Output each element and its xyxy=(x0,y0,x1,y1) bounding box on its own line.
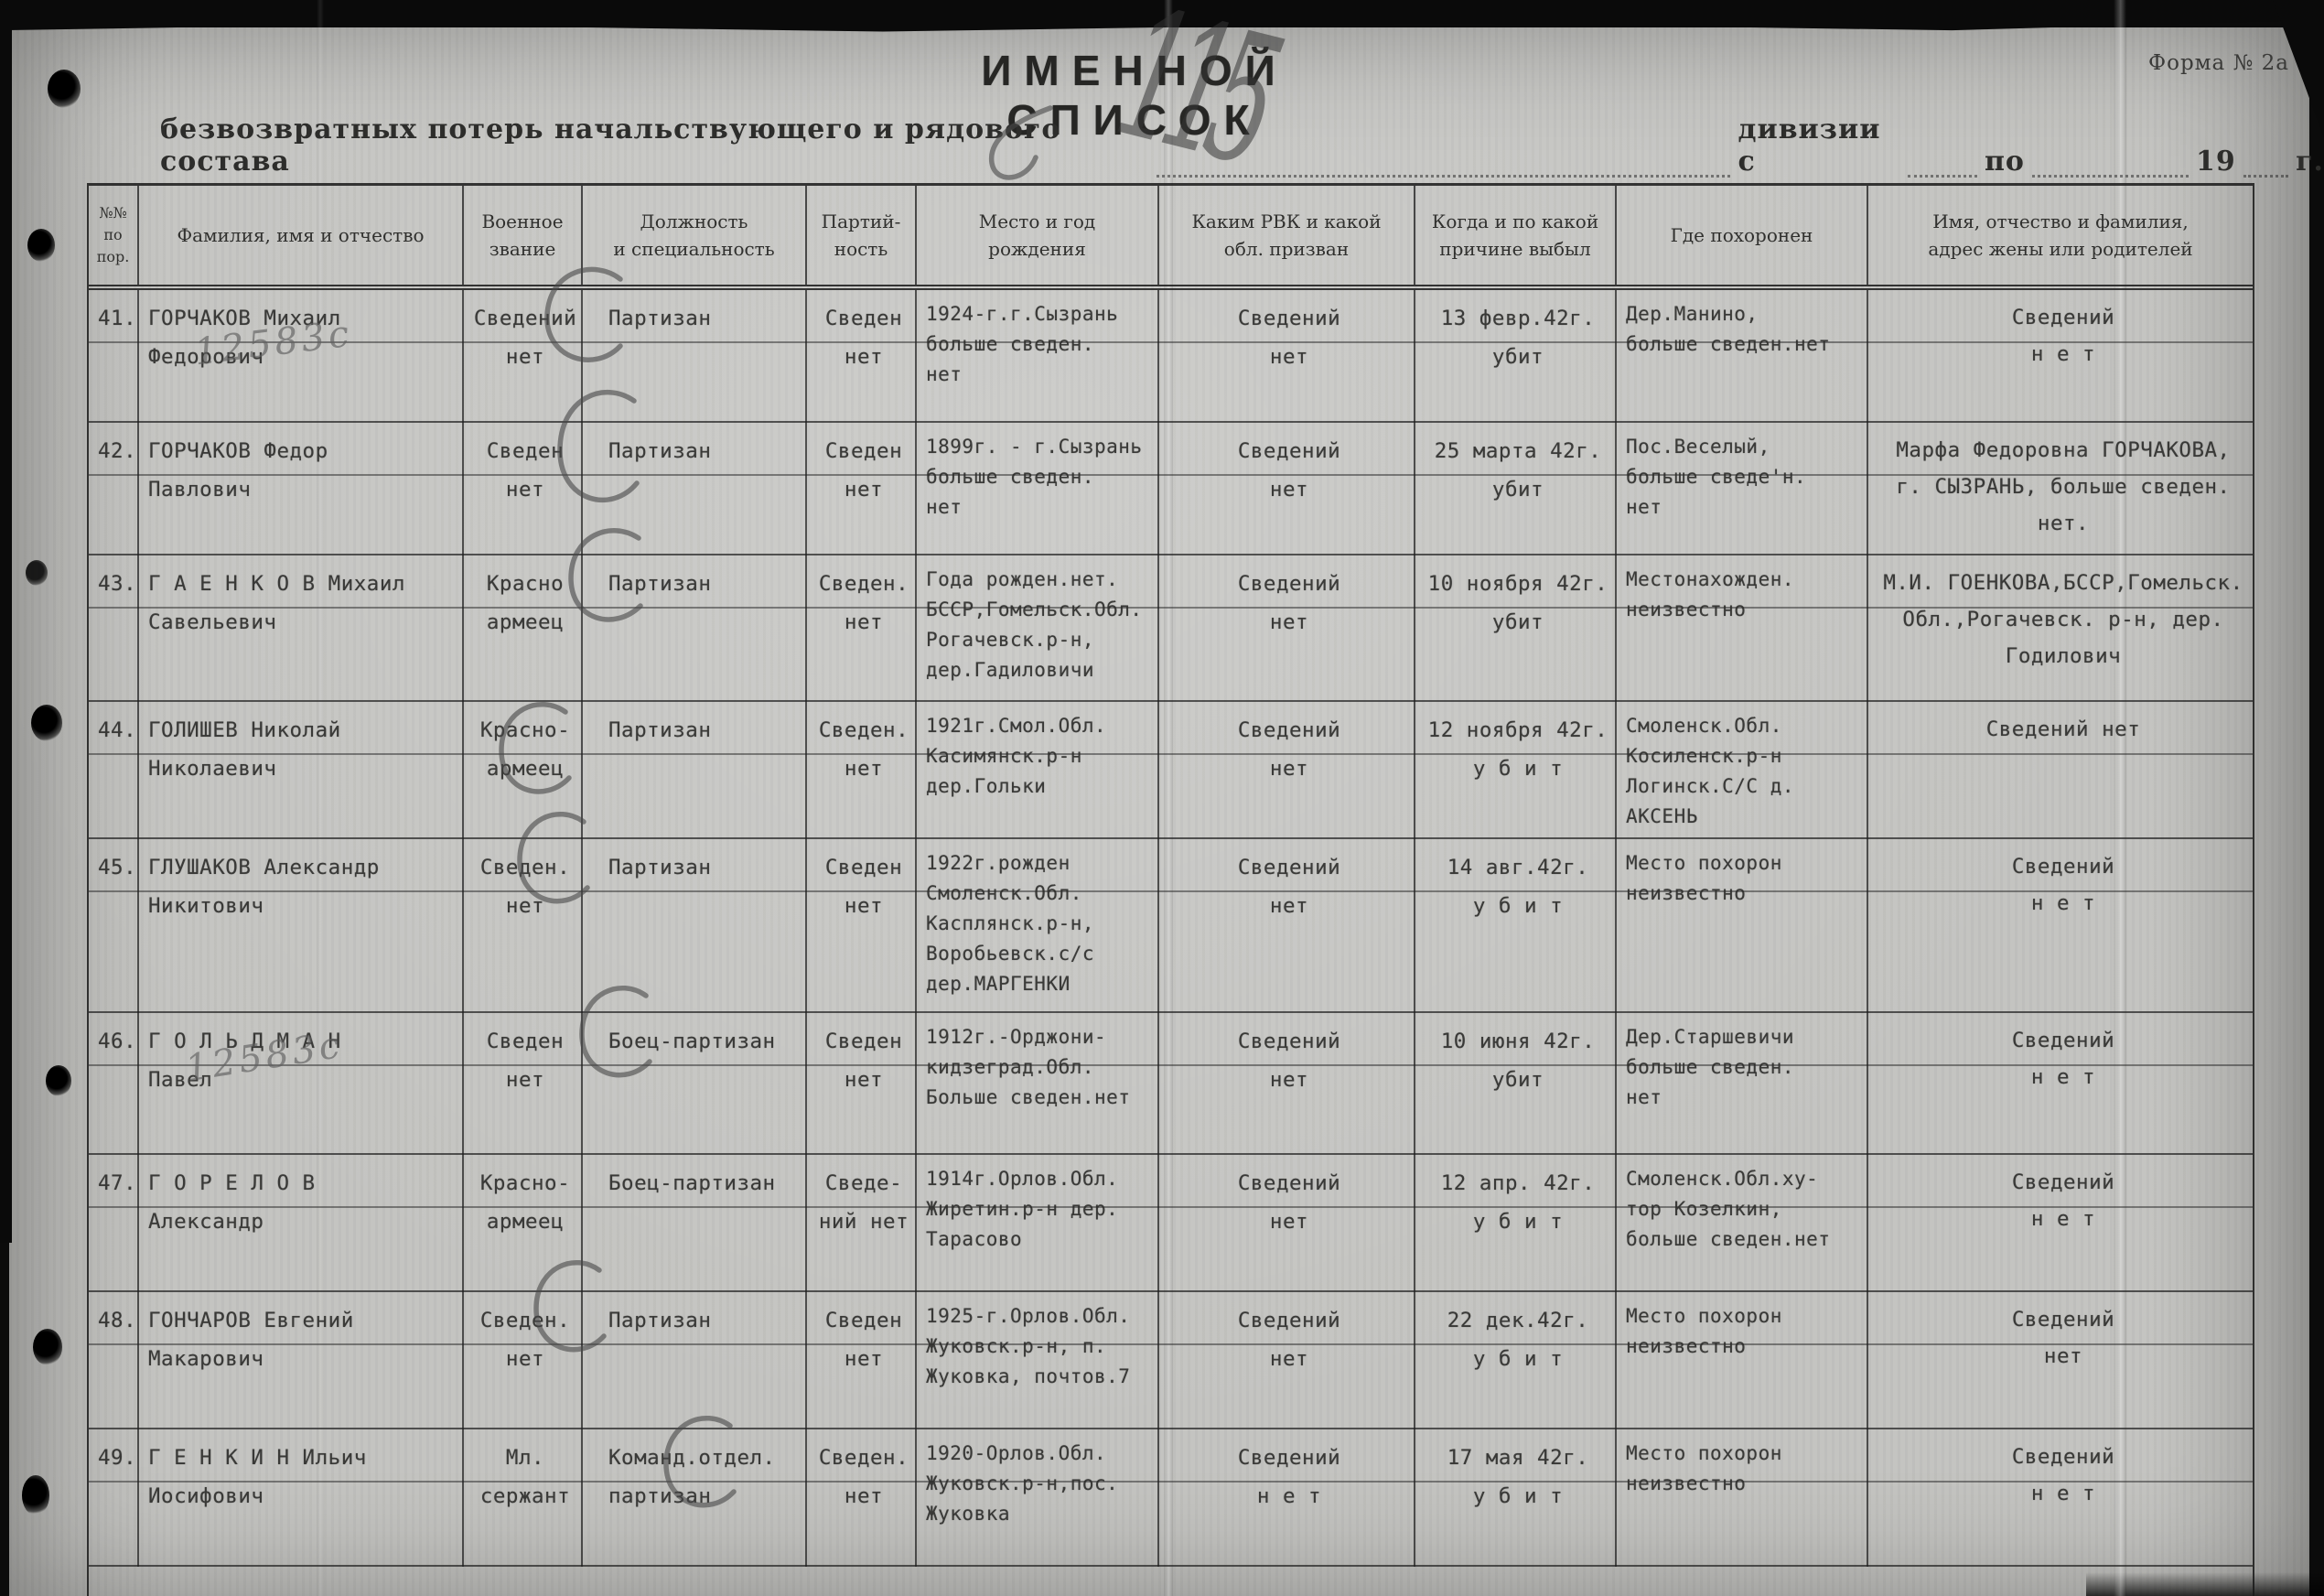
col-header-birth: Место и год рождения xyxy=(917,186,1159,285)
cell-rank: Красно-армеец xyxy=(464,1155,583,1292)
subtitle-po: по xyxy=(1985,146,2025,178)
cell-family: Сведений нет xyxy=(1868,702,2253,839)
table-row: 42. ГОРЧАКОВ ФедорПавлович Сведеннет Пар… xyxy=(89,423,2253,555)
cell-number: 47. xyxy=(89,1155,139,1292)
punch-hole xyxy=(46,1065,71,1096)
table-row: 41. ГОРЧАКОВ МихаилФедорович Сведенийнет… xyxy=(89,290,2253,423)
cell-family: Сведенийн е т xyxy=(1868,1429,2253,1567)
table-row: 43. Г А Е Н К О В МихаилСавельевич Красн… xyxy=(89,555,2253,702)
cell-party: Сведен.нет xyxy=(807,555,917,702)
cell-party: Сведеннет xyxy=(807,1292,917,1429)
cell-buried: Местонахожден.неизвестно xyxy=(1617,555,1868,702)
cell-buried: Смоленск.Обл.ху-тор Козелкин,больше свед… xyxy=(1617,1155,1868,1292)
cell-buried: Дер.Манино,больше сведен.нет xyxy=(1617,290,1868,423)
fill-line xyxy=(2032,169,2189,178)
table-row: 49. Г Е Н К И Н ИльичИосифович Мл.сержан… xyxy=(89,1429,2253,1567)
cell-party: Сведен.нет xyxy=(807,702,917,839)
cell-rvk: Сведенийнет xyxy=(1159,555,1415,702)
cell-position: Партизан xyxy=(583,423,807,555)
table-header: №№ по пор. Фамилия, имя и отчество Военн… xyxy=(89,186,2253,290)
punch-hole xyxy=(48,70,81,108)
cell-buried: Место похороннеизвестно xyxy=(1617,1429,1868,1567)
cell-name: ГОНЧАРОВ ЕвгенийМакарович xyxy=(139,1292,464,1429)
cell-birth: 1925-г.Орлов.Обл.Жуковск.р-н, п.Жуковка,… xyxy=(917,1292,1159,1429)
cell-position: Партизан xyxy=(583,290,807,423)
cell-rvk: Сведенийнет xyxy=(1159,290,1415,423)
cell-name: ГЛУШАКОВ АлександрНикитович xyxy=(139,839,464,1013)
col-header-rank: Военное звание xyxy=(464,186,583,285)
cell-family: Сведенийнет xyxy=(1868,1292,2253,1429)
cell-rank: Сведен.нет xyxy=(464,839,583,1013)
cell-buried: Дер.Старшевичибольше сведен.нет xyxy=(1617,1013,1868,1155)
col-header-left: Когда и по какой причине выбыл xyxy=(1415,186,1617,285)
col-header-rvk: Каким РВК и какой обл. призван xyxy=(1159,186,1415,285)
cell-name: ГОЛИШЕВ НиколайНиколаевич xyxy=(139,702,464,839)
cell-rank: Сведенийнет xyxy=(464,290,583,423)
cell-birth: 1924-г.г.Сызраньбольше сведен.нет xyxy=(917,290,1159,423)
subtitle-year: 19 xyxy=(2196,146,2236,178)
cell-position: Партизан xyxy=(583,555,807,702)
casualty-table: №№ по пор. Фамилия, имя и отчество Военн… xyxy=(87,183,2254,1596)
cell-buried: Место похороннеизвестно xyxy=(1617,839,1868,1013)
cell-rank: Сведеннет xyxy=(464,1013,583,1155)
cell-number: 48. xyxy=(89,1292,139,1429)
cell-position: Команд.отдел.партизан xyxy=(583,1429,807,1567)
cell-rvk: Сведенийнет xyxy=(1159,1155,1415,1292)
punch-hole xyxy=(31,705,62,741)
cell-rvk: Сведенийнет xyxy=(1159,423,1415,555)
cell-rvk: Сведенийн е т xyxy=(1159,1429,1415,1567)
cell-birth: 1912г.-Орджони-кидзеград.Обл.Больше свед… xyxy=(917,1013,1159,1155)
cell-birth: 1920-Орлов.Обл.Жуковск.р-н,пос.Жуковка xyxy=(917,1429,1159,1567)
cell-party: Сведеннет xyxy=(807,423,917,555)
cell-number: 43. xyxy=(89,555,139,702)
fill-line xyxy=(1908,169,1977,178)
punch-hole xyxy=(26,560,48,586)
cell-name: Г О Р Е Л О ВАлександр xyxy=(139,1155,464,1292)
document-scan: Форма № 2а ИМЕННОЙ СПИСОК безвозвратных … xyxy=(0,0,2324,1596)
cell-party: Сведеннет xyxy=(807,1013,917,1155)
cell-birth: 1914г.Орлов.Обл.Жиретин.р-н дер.Тарасово xyxy=(917,1155,1159,1292)
cell-number: 44. xyxy=(89,702,139,839)
cell-number: 41. xyxy=(89,290,139,423)
cell-birth: Года рожден.нет.БССР,Гомельск.Обл.Рогаче… xyxy=(917,555,1159,702)
cell-birth: 1922г.рожденСмоленск.Обл.Касплянск.р-н,В… xyxy=(917,839,1159,1013)
cell-rvk: Сведенийнет xyxy=(1159,839,1415,1013)
punch-hole xyxy=(22,1475,49,1515)
cell-buried: Пос.Веселый,больше сведе'н.нет xyxy=(1617,423,1868,555)
col-header-number: №№ по пор. xyxy=(89,186,139,285)
cell-rank: Сведен.нет xyxy=(464,1292,583,1429)
subtitle-g: г. xyxy=(2296,146,2324,178)
cell-position: Партизан xyxy=(583,839,807,1013)
cell-party: Сведен.нет xyxy=(807,1429,917,1567)
cell-party: Сведеннет xyxy=(807,290,917,423)
cell-family: М.И. ГОЕНКОВА,БССР,Гомельск.Обл.,Рогачев… xyxy=(1868,555,2253,702)
cell-rank: Красноармеец xyxy=(464,555,583,702)
cell-number: 42. xyxy=(89,423,139,555)
subtitle-text: безвозвратных потерь начальствующего и р… xyxy=(160,113,1149,178)
subtitle-division: дивизии с xyxy=(1738,113,1899,178)
col-header-buried: Где похоронен xyxy=(1617,186,1868,285)
cell-left: 14 авг.42г.у б и т xyxy=(1415,839,1617,1013)
cell-left: 22 дек.42г.у б и т xyxy=(1415,1292,1617,1429)
cell-rank: Красно-армеец xyxy=(464,702,583,839)
cell-name: ГОРЧАКОВ ФедорПавлович xyxy=(139,423,464,555)
fill-line xyxy=(2243,169,2288,178)
cell-position: Боец-партизан xyxy=(583,1155,807,1292)
cell-family: Сведенийн е т xyxy=(1868,1013,2253,1155)
cell-birth: 1899г. - г.Сызраньбольше сведен.нет xyxy=(917,423,1159,555)
table-row: 44. ГОЛИШЕВ НиколайНиколаевич Красно-арм… xyxy=(89,702,2253,839)
cell-position: Партизан xyxy=(583,1292,807,1429)
cell-party: Сведеннет xyxy=(807,839,917,1013)
cell-number: 45. xyxy=(89,839,139,1013)
cell-party: Сведе-ний нет xyxy=(807,1155,917,1292)
table-body: 41. ГОРЧАКОВ МихаилФедорович Сведенийнет… xyxy=(89,290,2253,1596)
cell-position: Партизан xyxy=(583,702,807,839)
table-row: 47. Г О Р Е Л О ВАлександр Красно-армеец… xyxy=(89,1155,2253,1292)
cell-birth: 1921г.Смол.Обл.Касимянск.р-ндер.Гольки xyxy=(917,702,1159,839)
cell-left: 10 июня 42г.убит xyxy=(1415,1013,1617,1155)
cell-number: 49. xyxy=(89,1429,139,1567)
cell-buried: Место похороннеизвестно xyxy=(1617,1292,1868,1429)
cell-left: 12 ноября 42г.у б и т xyxy=(1415,702,1617,839)
cell-family: Сведенийн е т xyxy=(1868,290,2253,423)
table-row: 45. ГЛУШАКОВ АлександрНикитович Сведен.н… xyxy=(89,839,2253,1013)
cell-buried: Смоленск.Обл.Косиленск.р-нЛогинск.С/С д.… xyxy=(1617,702,1868,839)
cell-family: Сведенийн е т xyxy=(1868,1155,2253,1292)
cell-name: Г Е Н К И Н ИльичИосифович xyxy=(139,1429,464,1567)
cell-rank: Мл.сержант xyxy=(464,1429,583,1567)
cell-left: 10 ноября 42г.убит xyxy=(1415,555,1617,702)
cell-name: Г А Е Н К О В МихаилСавельевич xyxy=(139,555,464,702)
cell-rank: Сведеннет xyxy=(464,423,583,555)
scan-edge-left xyxy=(0,26,12,1243)
form-number-label: Форма № 2а xyxy=(2148,51,2289,75)
fill-line xyxy=(1157,169,1730,178)
col-header-name: Фамилия, имя и отчество xyxy=(139,186,464,285)
cell-rvk: Сведенийнет xyxy=(1159,702,1415,839)
cell-left: 13 февр.42г.убит xyxy=(1415,290,1617,423)
col-header-family: Имя, отчество и фамилия, адрес жены или … xyxy=(1868,186,2253,285)
cell-family: Сведенийн е т xyxy=(1868,839,2253,1013)
cell-left: 17 мая 42г.у б и т xyxy=(1415,1429,1617,1567)
cell-rvk: Сведенийнет xyxy=(1159,1292,1415,1429)
cell-family: Марфа Федоровна ГОРЧАКОВА,г. СЫЗРАНЬ, бо… xyxy=(1868,423,2253,555)
cell-number: 46. xyxy=(89,1013,139,1155)
col-header-position: Должность и специальность xyxy=(583,186,807,285)
cell-left: 12 апр. 42г.у б и т xyxy=(1415,1155,1617,1292)
cell-position: Боец-партизан xyxy=(583,1013,807,1155)
cell-left: 25 марта 42г.убит xyxy=(1415,423,1617,555)
punch-hole xyxy=(27,229,55,262)
table-row: 48. ГОНЧАРОВ ЕвгенийМакарович Сведен.нет… xyxy=(89,1292,2253,1429)
table-row-empty xyxy=(89,1567,2253,1596)
col-header-party: Партий- ность xyxy=(807,186,917,285)
punch-hole xyxy=(33,1329,62,1365)
cell-rvk: Сведенийнет xyxy=(1159,1013,1415,1155)
table-row: 46. Г О Л Ь Д М А НПавел Сведеннет Боец-… xyxy=(89,1013,2253,1155)
